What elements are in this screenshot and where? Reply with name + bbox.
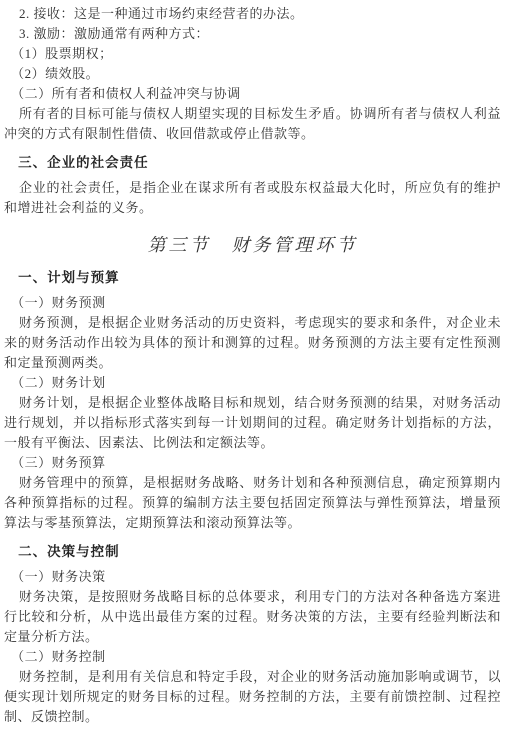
- document-page: 2. 接收：这是一种通过市场约束经营者的办法。 3. 激励：激励通常有两种方式：…: [0, 0, 505, 729]
- heading-social-responsibility: 三、企业的社会责任: [4, 153, 501, 173]
- para-financial-budget: 财务管理中的预算，是根据财务战略、财务计划和各种预测信息，确定预算期内各种预算指…: [4, 473, 501, 533]
- subheading-owner-creditor-conflict: （二）所有者和债权人利益冲突与协调: [4, 84, 501, 104]
- list-item-receive: 2. 接收：这是一种通过市场约束经营者的办法。: [4, 4, 501, 24]
- subheading-financial-control: （二）财务控制: [4, 647, 501, 667]
- subheading-financial-forecast: （一）财务预测: [4, 293, 501, 313]
- subheading-financial-plan: （二）财务计划: [4, 373, 501, 393]
- para-social-responsibility: 企业的社会责任，是指企业在谋求所有者或股东权益最大化时，所应负有的维护和增进社会…: [4, 178, 501, 218]
- heading-planning-and-budget: 一、计划与预算: [4, 268, 501, 288]
- para-financial-decision: 财务决策，是按照财务战略目标的总体要求，利用专门的方法对各种备选方案进行比较和分…: [4, 587, 501, 647]
- heading-decision-and-control: 二、决策与控制: [4, 542, 501, 562]
- subheading-financial-budget: （三）财务预算: [4, 453, 501, 473]
- list-item-motivate: 3. 激励：激励通常有两种方式：: [4, 24, 501, 44]
- para-owner-creditor: 所有者的目标可能与债权人期望实现的目标发生矛盾。协调所有者与债权人利益冲突的方式…: [4, 104, 501, 144]
- para-financial-plan: 财务计划，是根据企业整体战略目标和规划，结合财务预测的结果，对财务活动进行规划，…: [4, 393, 501, 453]
- para-financial-control: 财务控制，是利用有关信息和特定手段，对企业的财务活动施加影响或调节，以便实现计划…: [4, 667, 501, 727]
- section-title: 第三节 财务管理环节: [4, 231, 501, 259]
- list-option-stock-option: （1）股票期权；: [4, 44, 501, 64]
- subheading-financial-decision: （一）财务决策: [4, 567, 501, 587]
- para-financial-forecast: 财务预测，是根据企业财务活动的历史资料，考虑现实的要求和条件，对企业未来的财务活…: [4, 313, 501, 373]
- list-option-performance-shares: （2）绩效股。: [4, 64, 501, 84]
